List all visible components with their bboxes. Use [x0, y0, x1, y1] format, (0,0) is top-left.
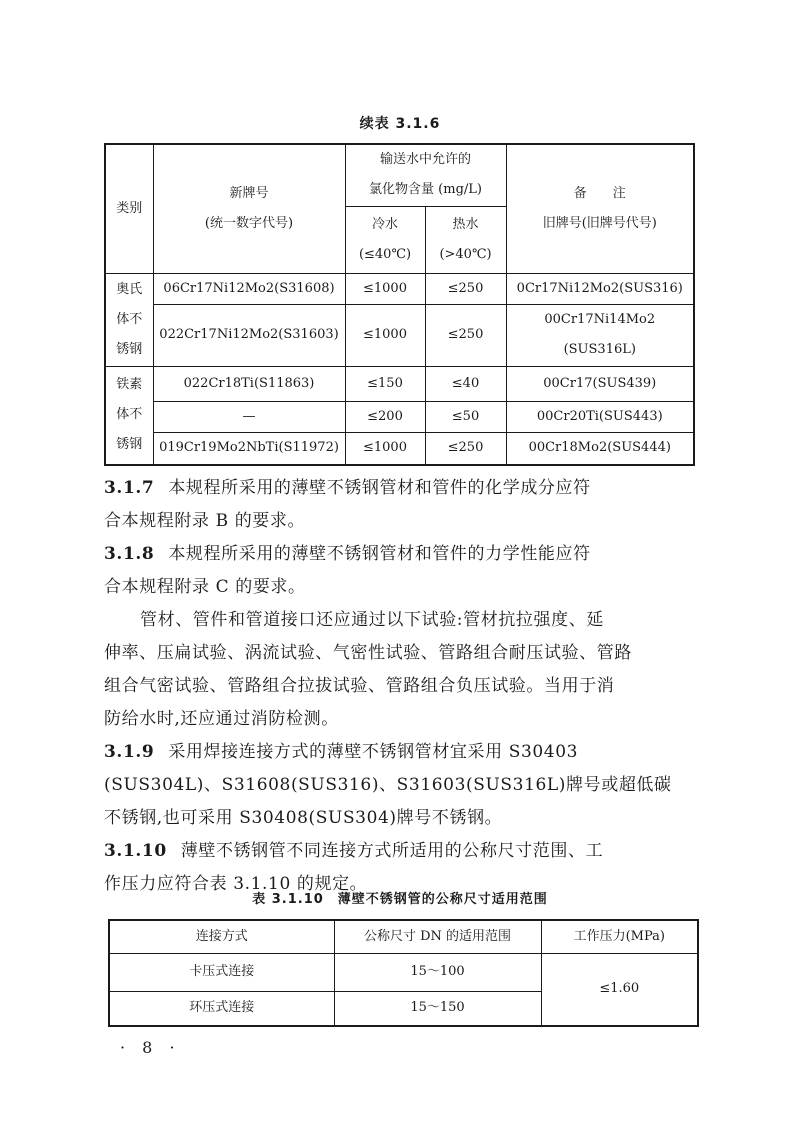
- page-number: · 8 ·: [120, 1038, 181, 1057]
- table-row: 铁素 体不 锈钢 022Cr18Ti(S11863) ≤150 ≤40 00Cr…: [105, 366, 694, 401]
- header-chloride-content: 输送水中允许的 氯化物含量 (mg/L): [345, 144, 506, 206]
- dn-range-cell: 15～150: [334, 991, 541, 1026]
- table-caption-continued: 续表 3.1.6: [0, 113, 800, 133]
- table-row: 卡压式连接 15～100 ≤1.60: [109, 953, 698, 991]
- nominal-size-table: 连接方式 公称尺寸 DN 的适用范围 工作压力(MPa) 卡压式连接 15～10…: [108, 919, 699, 1027]
- new-grade-cell: 022Cr18Ti(S11863): [153, 366, 345, 401]
- old-grade-cell: 00Cr18Mo2(SUS444): [506, 432, 694, 465]
- old-grade-cell: 00Cr17(SUS439): [506, 366, 694, 401]
- hot-limit-cell: ≤250: [425, 432, 506, 465]
- header-connection-method: 连接方式: [109, 920, 334, 953]
- cold-limit-cell: ≤1000: [345, 304, 425, 366]
- clause-number: 3.1.8: [104, 544, 154, 564]
- clause-number: 3.1.9: [104, 742, 154, 762]
- clause-number: 3.1.10: [104, 841, 167, 861]
- cold-limit-cell: ≤200: [345, 401, 425, 432]
- category-austenitic: 奥氏 体不 锈钢: [105, 273, 153, 366]
- table-row: — ≤200 ≤50 00Cr20Ti(SUS443): [105, 401, 694, 432]
- hot-limit-cell: ≤250: [425, 304, 506, 366]
- header-hot-water: 热水 (>40℃): [425, 206, 506, 273]
- header-dn-range: 公称尺寸 DN 的适用范围: [334, 920, 541, 953]
- clause-3-1-8: 3.1.8本规程所采用的薄壁不锈钢管材和管件的力学性能应符 合本规程附录 C 的…: [104, 538, 696, 604]
- header-cold-water: 冷水 (≤40℃): [345, 206, 425, 273]
- clause-3-1-7: 3.1.7本规程所采用的薄壁不锈钢管材和管件的化学成分应符 合本规程附录 B 的…: [104, 472, 696, 538]
- header-new-grade: 新牌号 (统一数字代号): [153, 144, 345, 273]
- hot-limit-cell: ≤50: [425, 401, 506, 432]
- table-row: 019Cr19Mo2NbTi(S11972) ≤1000 ≤250 00Cr18…: [105, 432, 694, 465]
- table-row: 022Cr17Ni12Mo2(S31603) ≤1000 ≤250 00Cr17…: [105, 304, 694, 366]
- clause-number: 3.1.7: [104, 478, 154, 498]
- working-pressure-cell: ≤1.60: [541, 953, 698, 1026]
- table-caption-3-1-10: 表 3.1.10 薄壁不锈钢管的公称尺寸适用范围: [0, 888, 800, 907]
- clause-3-1-9: 3.1.9采用焊接连接方式的薄壁不锈钢管材宜采用 S30403 (SUS304L…: [104, 736, 696, 835]
- chloride-content-table: 类别 新牌号 (统一数字代号) 输送水中允许的 氯化物含量 (mg/L) 备 注…: [104, 143, 695, 466]
- header-remark: 备 注 旧牌号(旧牌号代号): [506, 144, 694, 273]
- header-category: 类别: [105, 144, 153, 273]
- table-row: 奥氏 体不 锈钢 06Cr17Ni12Mo2(S31608) ≤1000 ≤25…: [105, 273, 694, 304]
- new-grade-cell: 022Cr17Ni12Mo2(S31603): [153, 304, 345, 366]
- new-grade-cell: 019Cr19Mo2NbTi(S11972): [153, 432, 345, 465]
- cold-limit-cell: ≤1000: [345, 432, 425, 465]
- cold-limit-cell: ≤1000: [345, 273, 425, 304]
- clause-3-1-8-tests: 管材、管件和管道接口还应通过以下试验:管材抗拉强度、延 伸率、压扁试验、涡流试验…: [104, 604, 696, 736]
- cold-limit-cell: ≤150: [345, 366, 425, 401]
- dn-range-cell: 15～100: [334, 953, 541, 991]
- header-working-pressure: 工作压力(MPa): [541, 920, 698, 953]
- new-grade-cell: —: [153, 401, 345, 432]
- old-grade-cell: 00Cr17Ni14Mo2 (SUS316L): [506, 304, 694, 366]
- new-grade-cell: 06Cr17Ni12Mo2(S31608): [153, 273, 345, 304]
- hot-limit-cell: ≤40: [425, 366, 506, 401]
- old-grade-cell: 00Cr20Ti(SUS443): [506, 401, 694, 432]
- old-grade-cell: 0Cr17Ni12Mo2(SUS316): [506, 273, 694, 304]
- table-header-row: 连接方式 公称尺寸 DN 的适用范围 工作压力(MPa): [109, 920, 698, 953]
- connection-method-cell: 环压式连接: [109, 991, 334, 1026]
- category-ferritic: 铁素 体不 锈钢: [105, 366, 153, 465]
- connection-method-cell: 卡压式连接: [109, 953, 334, 991]
- hot-limit-cell: ≤250: [425, 273, 506, 304]
